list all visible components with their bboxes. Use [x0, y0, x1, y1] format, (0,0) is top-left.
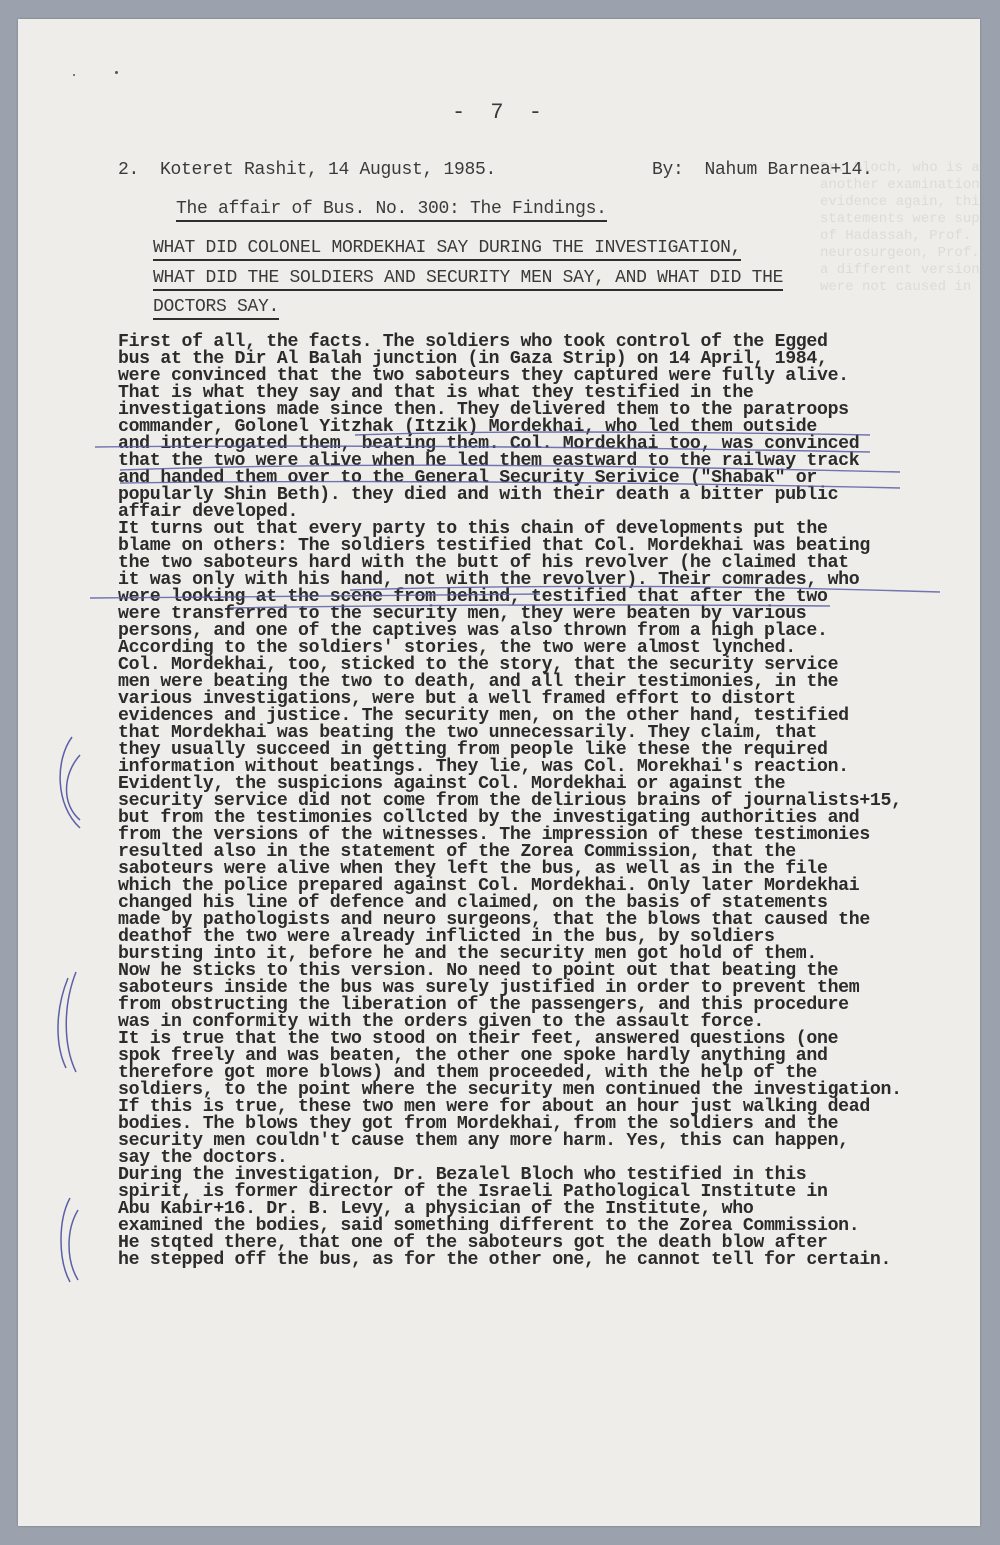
- headline-question-1: WHAT DID COLONEL MORDEKHAI SAY DURING TH…: [153, 238, 741, 258]
- item-number: 2.: [118, 160, 139, 180]
- headline-question-3-text: DOCTORS SAY.: [153, 297, 279, 320]
- headline-question-1-text: WHAT DID COLONEL MORDEKHAI SAY DURING TH…: [153, 238, 741, 261]
- body-line: he stepped off the bus, as for the other…: [118, 1251, 965, 1268]
- headline-question-2-text: WHAT DID THE SOLDIERS AND SECURITY MEN S…: [153, 268, 783, 291]
- paper-speck: [115, 71, 118, 74]
- headline-question-3: DOCTORS SAY.: [153, 297, 279, 317]
- headline-title: The affair of Bus. No. 300: The Findings…: [176, 199, 607, 219]
- headline-title-text: The affair of Bus. No. 300: The Findings…: [176, 199, 607, 222]
- byline: By: Nahum Barnea+14.: [652, 160, 873, 180]
- article-body: First of all, the facts. The soldiers wh…: [118, 333, 978, 1268]
- paper-speck: [73, 74, 75, 76]
- source-citation: Koteret Rashit, 14 August, 1985.: [160, 160, 496, 180]
- headline-question-2: WHAT DID THE SOLDIERS AND SECURITY MEN S…: [153, 268, 783, 288]
- page-number: - 7 -: [0, 100, 1000, 125]
